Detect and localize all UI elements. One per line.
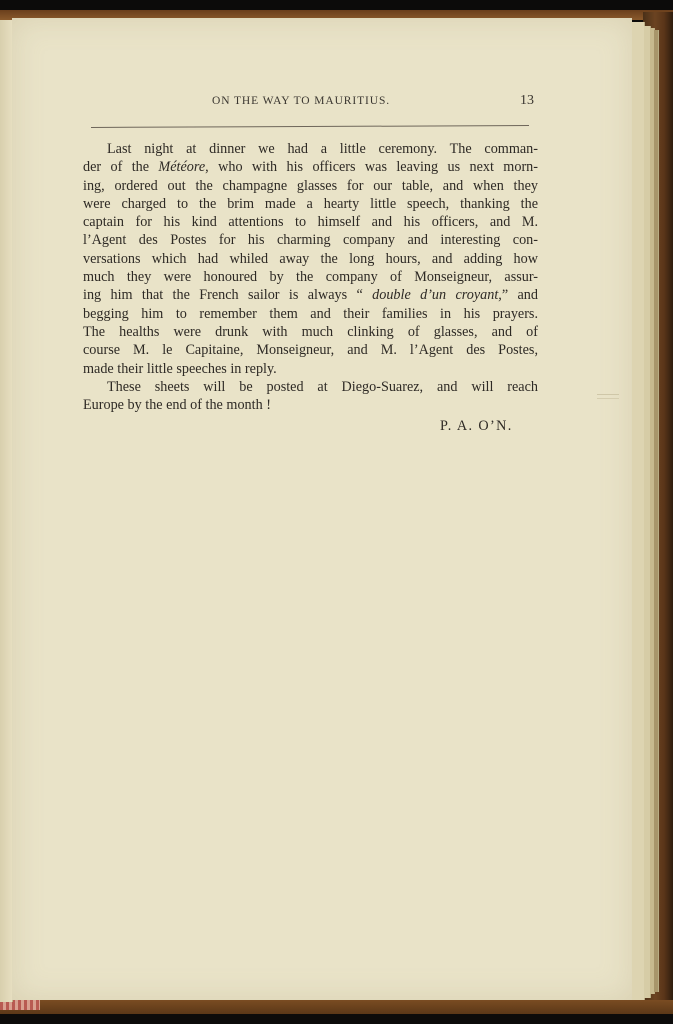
book-page: ON THE WAY TO MAURITIUS. 13 Last night a… bbox=[12, 18, 632, 1000]
text-line: made their little speeches in reply. bbox=[83, 360, 538, 378]
book-scan: ON THE WAY TO MAURITIUS. 13 Last night a… bbox=[0, 0, 673, 1024]
text-line: These sheets will be posted at Diego-Sua… bbox=[83, 378, 538, 396]
page-stack-edge bbox=[630, 22, 645, 1000]
text-fragment: ing him that the French sailor is always… bbox=[83, 287, 372, 303]
text-line: Europe by the end of the month ! bbox=[83, 396, 538, 414]
header-rule bbox=[91, 125, 529, 128]
text-line: Last night at dinner we had a little cer… bbox=[83, 140, 538, 158]
paper-mark bbox=[597, 394, 619, 399]
book-cover-bottom-edge bbox=[0, 1000, 673, 1014]
quote-italic: double d’un croyant, bbox=[372, 287, 502, 303]
text-line: The healths were drunk with much clinkin… bbox=[83, 323, 538, 341]
page-number: 13 bbox=[520, 93, 534, 109]
ship-name-italic: Météore bbox=[158, 159, 205, 175]
text-line: l’Agent des Postes for his charming comp… bbox=[83, 231, 538, 249]
paragraph-1: Last night at dinner we had a little cer… bbox=[83, 140, 538, 378]
text-line: were charged to the brim made a hearty l… bbox=[83, 195, 538, 213]
body-text: Last night at dinner we had a little cer… bbox=[83, 140, 538, 414]
text-line: much they were honoured by the company o… bbox=[83, 268, 538, 286]
text-fragment: , who with his officers was leaving us n… bbox=[205, 159, 538, 175]
running-head: ON THE WAY TO MAURITIUS. 13 bbox=[12, 95, 632, 115]
text-line: captain for his kind attentions to himse… bbox=[83, 213, 538, 231]
signature: P. A. O’N. bbox=[440, 418, 513, 435]
text-line: ing him that the French sailor is always… bbox=[83, 286, 538, 304]
page-stack-edge bbox=[654, 30, 659, 992]
running-title: ON THE WAY TO MAURITIUS. bbox=[212, 95, 390, 107]
text-line: versations which had whiled away the lon… bbox=[83, 250, 538, 268]
paragraph-2: These sheets will be posted at Diego-Sua… bbox=[83, 378, 538, 415]
text-line: course M. le Capitaine, Monseigneur, and… bbox=[83, 341, 538, 359]
text-line: begging him to remember them and their f… bbox=[83, 305, 538, 323]
text-line: der of the Météore, who with his officer… bbox=[83, 158, 538, 176]
text-fragment: ” and bbox=[502, 287, 538, 303]
text-fragment: der of the bbox=[83, 159, 158, 175]
text-line: ing, ordered out the champagne glasses f… bbox=[83, 177, 538, 195]
